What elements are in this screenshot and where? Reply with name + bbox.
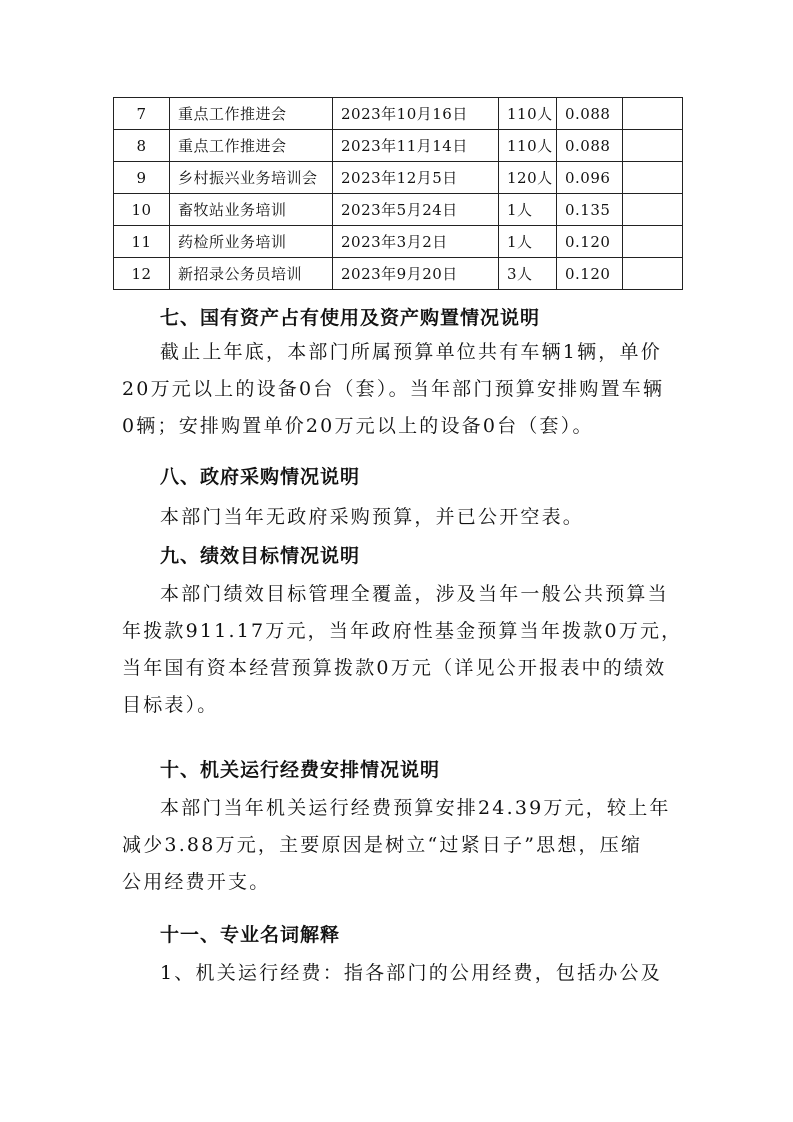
cell-note	[623, 162, 683, 194]
paragraph-line: 本部门绩效目标管理全覆盖，涉及当年一般公共预算当	[122, 576, 682, 613]
cell-note	[623, 194, 683, 226]
section-body-glossary: 1、机关运行经费：指各部门的公用经费，包括办公及	[122, 955, 682, 992]
cell-no: 9	[114, 162, 170, 194]
cell-note	[623, 226, 683, 258]
cell-date: 2023年9月20日	[333, 258, 499, 290]
table-row: 12 新招录公务员培训 2023年9月20日 3人 0.120	[114, 258, 683, 290]
cell-no: 7	[114, 98, 170, 130]
cell-no: 12	[114, 258, 170, 290]
cell-people: 1人	[499, 194, 557, 226]
cell-amount: 0.088	[557, 98, 623, 130]
cell-name: 新招录公务员培训	[170, 258, 333, 290]
section-heading-performance: 九、绩效目标情况说明	[160, 541, 360, 568]
cell-date: 2023年3月2日	[333, 226, 499, 258]
section-body-assets: 截止上年底，本部门所属预算单位共有车辆1辆，单价 20万元以上的设备0台（套）。…	[122, 334, 682, 445]
table-row: 8 重点工作推进会 2023年11月14日 110人 0.088	[114, 130, 683, 162]
cell-date: 2023年11月14日	[333, 130, 499, 162]
paragraph-line: 年拨款911.17万元，当年政府性基金预算当年拨款0万元，	[122, 613, 682, 650]
cell-no: 11	[114, 226, 170, 258]
cell-no: 10	[114, 194, 170, 226]
paragraph-line: 目标表）。	[122, 687, 682, 724]
table-row: 11 药检所业务培训 2023年3月2日 1人 0.120	[114, 226, 683, 258]
cell-amount: 0.120	[557, 226, 623, 258]
cell-people: 110人	[499, 98, 557, 130]
section-body-performance: 本部门绩效目标管理全覆盖，涉及当年一般公共预算当 年拨款911.17万元，当年政…	[122, 576, 682, 724]
cell-amount: 0.135	[557, 194, 623, 226]
table-row: 10 畜牧站业务培训 2023年5月24日 1人 0.135	[114, 194, 683, 226]
paragraph-line: 公用经费开支。	[122, 864, 682, 901]
cell-date: 2023年5月24日	[333, 194, 499, 226]
cell-amount: 0.120	[557, 258, 623, 290]
cell-date: 2023年12月5日	[333, 162, 499, 194]
paragraph-line: 截止上年底，本部门所属预算单位共有车辆1辆，单价	[122, 334, 682, 371]
section-body-procurement: 本部门当年无政府采购预算，并已公开空表。	[122, 499, 682, 536]
cell-note	[623, 98, 683, 130]
cell-name: 畜牧站业务培训	[170, 194, 333, 226]
training-meeting-table: 7 重点工作推进会 2023年10月16日 110人 0.088 8 重点工作推…	[113, 97, 683, 290]
cell-name: 重点工作推进会	[170, 98, 333, 130]
cell-people: 3人	[499, 258, 557, 290]
cell-note	[623, 258, 683, 290]
paragraph-line: 20万元以上的设备0台（套）。当年部门预算安排购置车辆	[122, 371, 682, 408]
paragraph-line: 本部门当年机关运行经费预算安排24.39万元，较上年	[122, 790, 682, 827]
table-row: 9 乡村振兴业务培训会 2023年12月5日 120人 0.096	[114, 162, 683, 194]
section-heading-operating-expenses: 十、机关运行经费安排情况说明	[160, 755, 440, 782]
cell-name: 重点工作推进会	[170, 130, 333, 162]
cell-date: 2023年10月16日	[333, 98, 499, 130]
paragraph-line: 当年国有资本经营预算拨款0万元（详见公开报表中的绩效	[122, 650, 682, 687]
paragraph-line: 1、机关运行经费：指各部门的公用经费，包括办公及	[122, 955, 682, 992]
section-heading-glossary: 十一、专业名词解释	[160, 920, 340, 947]
cell-note	[623, 130, 683, 162]
cell-no: 8	[114, 130, 170, 162]
paragraph-line: 0辆；安排购置单价20万元以上的设备0台（套）。	[122, 408, 682, 445]
section-body-operating-expenses: 本部门当年机关运行经费预算安排24.39万元，较上年 减少3.88万元，主要原因…	[122, 790, 682, 901]
cell-people: 1人	[499, 226, 557, 258]
cell-amount: 0.088	[557, 130, 623, 162]
paragraph-line: 本部门当年无政府采购预算，并已公开空表。	[122, 499, 682, 536]
section-heading-procurement: 八、政府采购情况说明	[160, 462, 360, 489]
cell-name: 药检所业务培训	[170, 226, 333, 258]
cell-people: 120人	[499, 162, 557, 194]
table-row: 7 重点工作推进会 2023年10月16日 110人 0.088	[114, 98, 683, 130]
section-heading-assets: 七、国有资产占有使用及资产购置情况说明	[160, 303, 540, 330]
document-page: 7 重点工作推进会 2023年10月16日 110人 0.088 8 重点工作推…	[0, 0, 793, 1122]
paragraph-line: 减少3.88万元，主要原因是树立“过紧日子”思想，压缩	[122, 827, 682, 864]
cell-people: 110人	[499, 130, 557, 162]
cell-name: 乡村振兴业务培训会	[170, 162, 333, 194]
cell-amount: 0.096	[557, 162, 623, 194]
